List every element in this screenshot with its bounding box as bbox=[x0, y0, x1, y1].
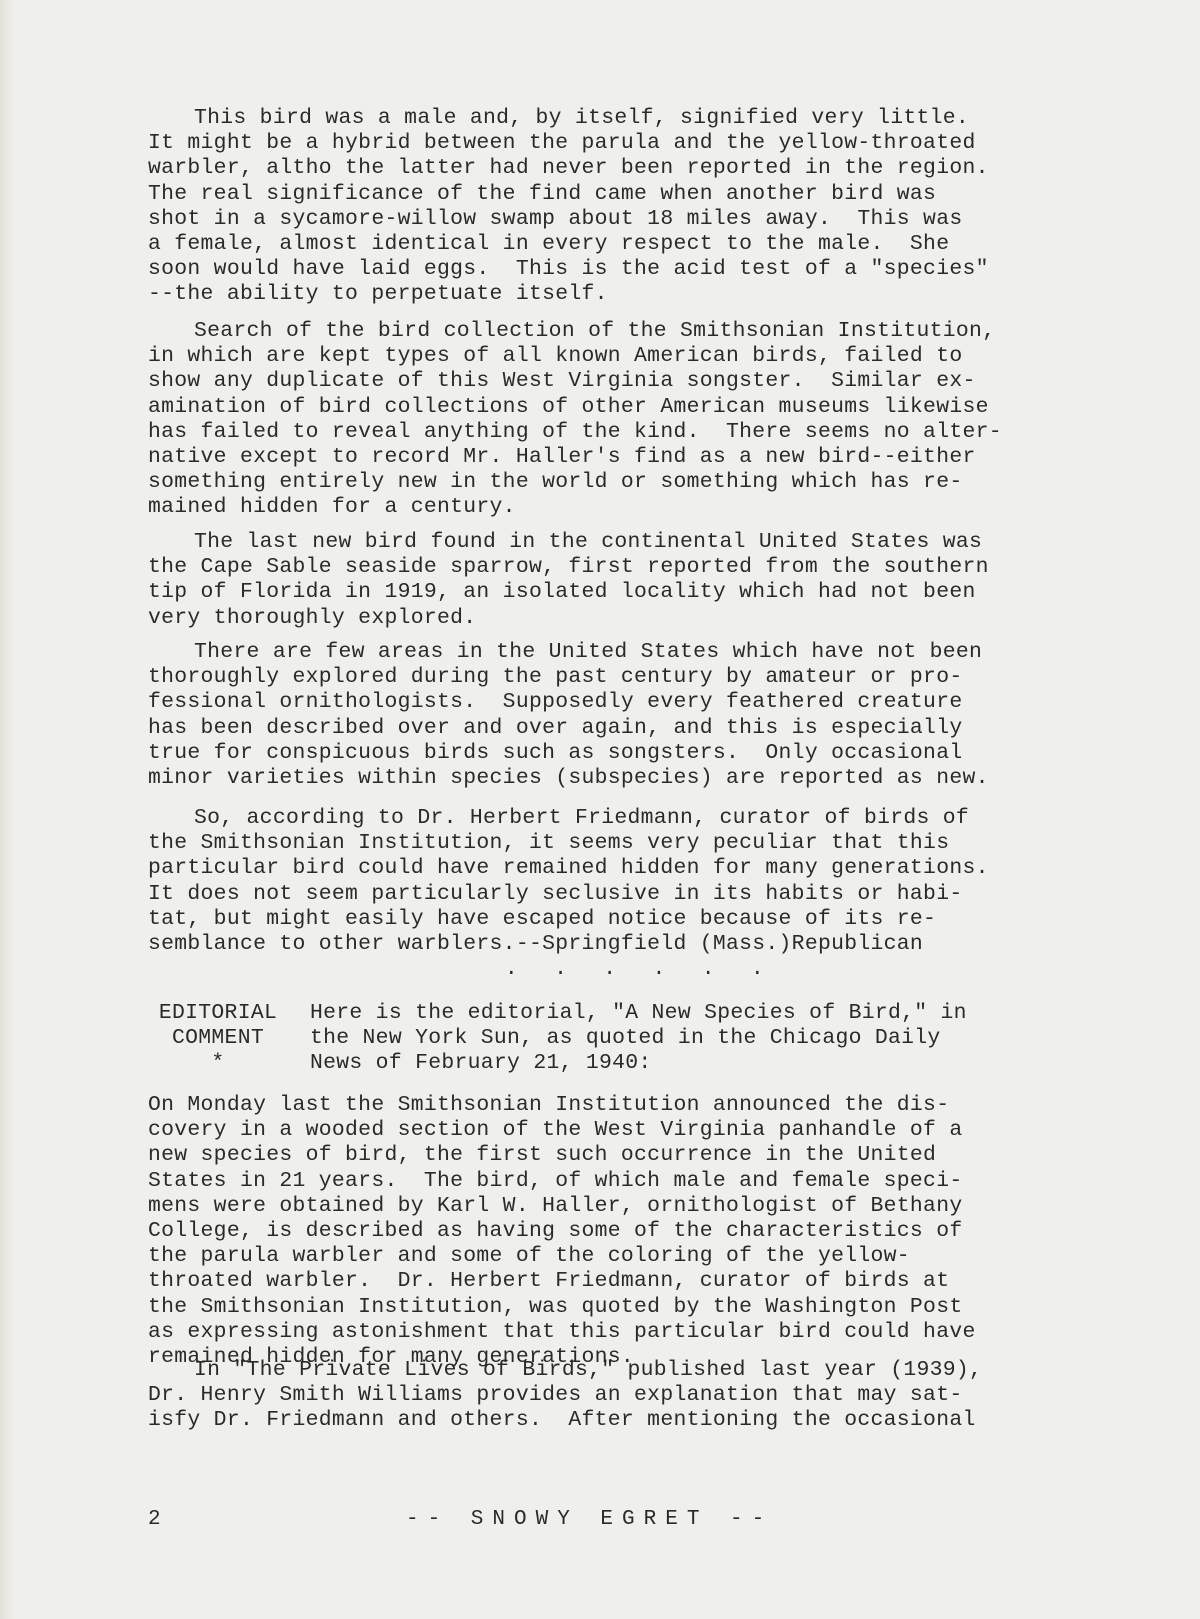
text-line: warbler, altho the latter had never been… bbox=[148, 156, 1108, 181]
text-line: Dr. Henry Smith Williams provides an exp… bbox=[148, 1383, 1108, 1408]
text-line: as expressing astonishment that this par… bbox=[148, 1320, 1108, 1345]
text-line: The real significance of the find came w… bbox=[148, 182, 1108, 207]
running-title: -- SNOWY EGRET -- bbox=[406, 1508, 773, 1531]
paragraph-3: The last new bird found in the continent… bbox=[148, 530, 1108, 631]
text-line: isfy Dr. Friedmann and others. After men… bbox=[148, 1408, 1108, 1433]
editorial-paragraph-2: In "The Private Lives of Birds," publish… bbox=[148, 1358, 1108, 1434]
text-line: Search of the bird collection of the Smi… bbox=[148, 319, 1108, 344]
text-line: very thoroughly explored. bbox=[148, 606, 1108, 631]
text-line: The last new bird found in the continent… bbox=[148, 530, 1108, 555]
text-line: There are few areas in the United States… bbox=[148, 640, 1108, 665]
text-line: the Cape Sable seaside sparrow, first re… bbox=[148, 555, 1108, 580]
text-line: the Smithsonian Institution, was quoted … bbox=[148, 1295, 1108, 1320]
text-line: News of February 21, 1940: bbox=[310, 1051, 1110, 1076]
paragraph-1: This bird was a male and, by itself, sig… bbox=[148, 106, 1108, 308]
text-line: covery in a wooded section of the West V… bbox=[148, 1118, 1108, 1143]
editorial-intro: Here is the editorial, "A New Species of… bbox=[310, 1001, 1110, 1077]
text-line: mens were obtained by Karl W. Haller, or… bbox=[148, 1194, 1108, 1219]
text-line: shot in a sycamore-willow swamp about 18… bbox=[148, 207, 1108, 232]
text-line: amination of bird collections of other A… bbox=[148, 395, 1108, 420]
text-line: tat, but might easily have escaped notic… bbox=[148, 907, 1108, 932]
text-line: On Monday last the Smithsonian Instituti… bbox=[148, 1093, 1108, 1118]
text-line: throated warbler. Dr. Herbert Friedmann,… bbox=[148, 1269, 1108, 1294]
text-line: Here is the editorial, "A New Species of… bbox=[310, 1001, 1110, 1026]
text-line: minor varieties within species (subspeci… bbox=[148, 766, 1108, 791]
text-line: has been described over and over again, … bbox=[148, 716, 1108, 741]
section-separator: . . . . . . bbox=[505, 958, 776, 981]
text-line: native except to record Mr. Haller's fin… bbox=[148, 445, 1108, 470]
text-line: in which are kept types of all known Ame… bbox=[148, 344, 1108, 369]
editorial-comment-heading: EDITORIAL COMMENT * bbox=[148, 1001, 288, 1077]
text-line: College, is described as having some of … bbox=[148, 1219, 1108, 1244]
heading-line: COMMENT bbox=[148, 1026, 288, 1051]
text-line: particular bird could have remained hidd… bbox=[148, 856, 1108, 881]
paragraph-5: So, according to Dr. Herbert Friedmann, … bbox=[148, 806, 1108, 957]
text-line: the Smithsonian Institution, it seems ve… bbox=[148, 831, 1108, 856]
text-line: the New York Sun, as quoted in the Chica… bbox=[310, 1026, 1110, 1051]
text-line: soon would have laid eggs. This is the a… bbox=[148, 257, 1108, 282]
text-line: new species of bird, the first such occu… bbox=[148, 1143, 1108, 1168]
asterisk-mark: * bbox=[148, 1051, 288, 1076]
text-line: has failed to reveal anything of the kin… bbox=[148, 420, 1108, 445]
text-line: So, according to Dr. Herbert Friedmann, … bbox=[148, 806, 1108, 831]
text-line: mained hidden for a century. bbox=[148, 495, 1108, 520]
text-line: a female, almost identical in every resp… bbox=[148, 232, 1108, 257]
heading-line: EDITORIAL bbox=[148, 1001, 288, 1026]
text-line: semblance to other warblers.--Springfiel… bbox=[148, 932, 1108, 957]
paragraph-4: There are few areas in the United States… bbox=[148, 640, 1108, 791]
text-line: It does not seem particularly seclusive … bbox=[148, 882, 1108, 907]
text-line: This bird was a male and, by itself, sig… bbox=[148, 106, 1108, 131]
editorial-paragraph-1: On Monday last the Smithsonian Instituti… bbox=[148, 1093, 1108, 1370]
page-edge-shadow bbox=[0, 0, 14, 1619]
text-line: the parula warbler and some of the color… bbox=[148, 1244, 1108, 1269]
text-line: tip of Florida in 1919, an isolated loca… bbox=[148, 580, 1108, 605]
text-line: something entirely new in the world or s… bbox=[148, 470, 1108, 495]
text-line: true for conspicuous birds such as songs… bbox=[148, 741, 1108, 766]
paragraph-2: Search of the bird collection of the Smi… bbox=[148, 319, 1108, 521]
text-line: In "The Private Lives of Birds," publish… bbox=[148, 1358, 1108, 1383]
text-line: --the ability to perpetuate itself. bbox=[148, 282, 1108, 307]
page-number: 2 bbox=[148, 1508, 161, 1531]
text-line: show any duplicate of this West Virginia… bbox=[148, 369, 1108, 394]
text-line: States in 21 years. The bird, of which m… bbox=[148, 1169, 1108, 1194]
text-line: thoroughly explored during the past cent… bbox=[148, 665, 1108, 690]
text-line: fessional ornithologists. Supposedly eve… bbox=[148, 690, 1108, 715]
text-line: It might be a hybrid between the parula … bbox=[148, 131, 1108, 156]
